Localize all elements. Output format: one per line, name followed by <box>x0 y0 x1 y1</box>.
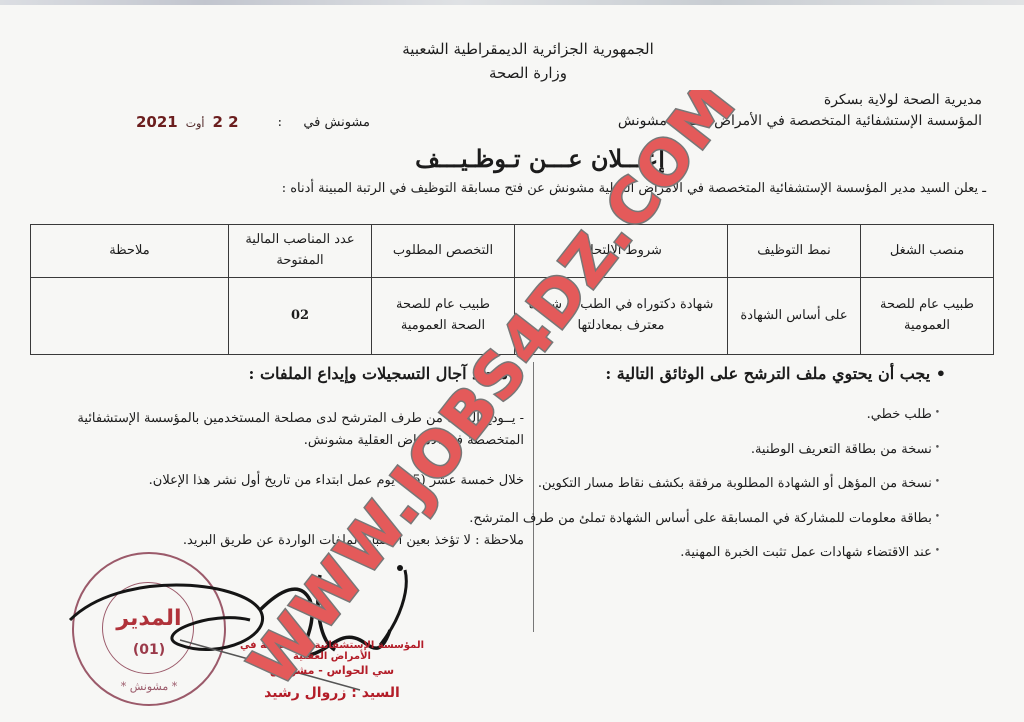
signatory-institution: المؤسسة الإستشفائية المتخصصة في الأمراض … <box>232 640 432 662</box>
col-open-posts: عدد المناصب المالية المفتوحة <box>229 225 372 278</box>
stamp-town: * مشونش * <box>74 680 224 693</box>
list-item: نسخة من المؤهل أو الشهادة المطلوبة مرفقة… <box>500 465 940 500</box>
cell-open-posts: 02 <box>229 278 372 355</box>
col-note: ملاحظة <box>31 225 229 278</box>
col-specialty: التخصص المطلوب <box>372 225 515 278</box>
signatory-block: المؤسسة الإستشفائية المتخصصة في الأمراض … <box>232 640 432 701</box>
list-item: نسخة من بطاقة التعريف الوطنية. <box>500 431 940 466</box>
requirements-title: • يجب أن يحتوي ملف الترشح على الوثائق ال… <box>605 364 946 383</box>
cell-conditions: شهادة دكتوراه في الطب أو شهادة معترف بمع… <box>515 278 728 355</box>
table-row: طبيب عام للصحة العمومية على أساس الشهادة… <box>31 278 994 355</box>
stamp-title: المدير <box>74 606 224 631</box>
cell-specialty: طبيب عام للصحة الصحة العمومية <box>372 278 515 355</box>
note-paragraph: ملاحظة : لا تؤخذ بعين الاعتبار الملفات ا… <box>54 530 524 552</box>
signatory-name: السيد : زروال رشيد <box>232 685 432 701</box>
signatory-location: سي الحواس - مشونش <box>232 664 432 677</box>
cell-position: طبيب عام للصحة العمومية <box>861 278 994 355</box>
date-month: أوت <box>186 117 205 130</box>
official-stamp: المدير (01) * مشونش * <box>72 552 226 706</box>
list-item: عند الاقتضاء شهادات عمل تثبت الخبرة المه… <box>500 534 940 569</box>
col-conditions: شروط الإلتحاق <box>515 225 728 278</box>
list-item: طلب خطي. <box>500 396 940 431</box>
ministry-heading: وزارة الصحة <box>348 64 708 82</box>
period-paragraph: خلال خمسة عشر (15) يوم عمل ابتداء من تار… <box>54 470 524 492</box>
date-year: 2021 <box>136 113 178 131</box>
stamp-number: (01) <box>74 642 224 658</box>
deposit-paragraph: - يــودع الملف من طرف المترشح لدى مصلحة … <box>54 408 524 452</box>
date-row: مشونش في : 2021 أوت 2 2 <box>130 112 370 136</box>
date-value: 2021 أوت 2 2 <box>136 113 239 131</box>
cell-recruitment-mode: على أساس الشهادة <box>728 278 861 355</box>
directorate-line: مديرية الصحة لولاية بسكرة <box>824 92 982 108</box>
announcement-title: إعـــلان عـــن تـوظـيـــف <box>350 144 730 173</box>
date-label: مشونش في <box>303 115 370 130</box>
date-day: 2 2 <box>212 113 238 131</box>
scan-edge <box>0 0 1024 5</box>
requirements-list: طلب خطي. نسخة من بطاقة التعريف الوطنية. … <box>500 396 940 569</box>
col-position: منصب الشغل <box>861 225 994 278</box>
intro-paragraph: ـ يعلن السيد مدير المؤسسة الإستشفائية ال… <box>282 181 986 196</box>
republic-heading: الجمهورية الجزائرية الديمقراطية الشعبية <box>348 40 708 58</box>
cell-note <box>31 278 229 355</box>
list-item: بطاقة معلومات للمشاركة في المسابقة على أ… <box>500 500 940 535</box>
table-header-row: منصب الشغل نمط التوظيف شروط الإلتحاق الت… <box>31 225 994 278</box>
col-recruitment-mode: نمط التوظيف <box>728 225 861 278</box>
date-colon: : <box>278 115 282 130</box>
positions-table: منصب الشغل نمط التوظيف شروط الإلتحاق الت… <box>30 224 994 355</box>
institution-line: المؤسسة الإستشفائية المتخصصة في الأمراض … <box>618 113 982 129</box>
deadlines-title: • تحديد آجال التسجيلات وإيداع الملفات : <box>248 364 524 383</box>
